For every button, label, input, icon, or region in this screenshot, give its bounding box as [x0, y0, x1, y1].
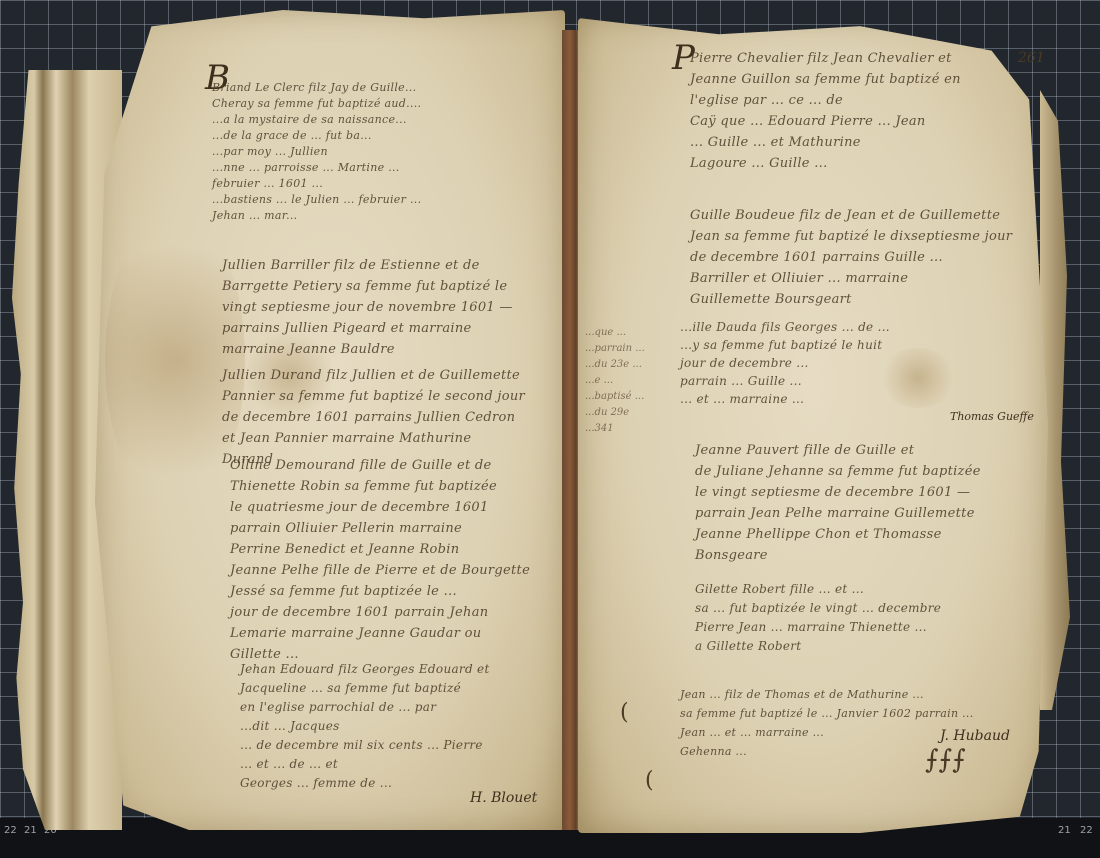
- priest-signature: H. Blouet: [470, 790, 537, 806]
- margin-bracket-mark: (: [645, 768, 654, 793]
- baptism-entry: Jehan Edouard filz Georges Edouard et Ja…: [240, 660, 490, 793]
- baptism-entry: Guille Boudeue filz de Jean et de Guille…: [690, 205, 1012, 310]
- margin-bracket-mark: (: [620, 700, 629, 725]
- priest-signature: J. Hubaud: [940, 728, 1010, 744]
- baptism-entry: Jeanne Pelhe fille de Pierre et de Bourg…: [230, 560, 530, 665]
- signature-flourish-paraph: ⨍⨍⨍: [925, 745, 966, 775]
- open-register-book: B Briand Le Clerc filz Jay de Guille... …: [0, 0, 1100, 858]
- folio-number: 261: [1018, 50, 1045, 66]
- baptism-entry: Briand Le Clerc filz Jay de Guille... Ch…: [212, 80, 421, 224]
- baptism-entry: ...ille Dauda fils Georges ... de ... ..…: [680, 318, 890, 408]
- baptism-entry: Jullien Barriller filz de Estienne et de…: [222, 255, 513, 360]
- witness-signature: Thomas Gueffe: [950, 410, 1034, 423]
- baptism-entry: Pierre Chevalier filz Jean Chevalier et …: [690, 48, 961, 174]
- baptism-entry: Jeanne Pauvert fille de Guille et de Jul…: [695, 440, 981, 566]
- baptism-entry: Gilette Robert fille ... et ... sa ... f…: [695, 580, 941, 656]
- margin-annotation: ...que ... ...parrain ... ...du 23e ... …: [585, 325, 645, 437]
- baptism-entry: Olline Demourand fille de Guille et de T…: [230, 455, 497, 560]
